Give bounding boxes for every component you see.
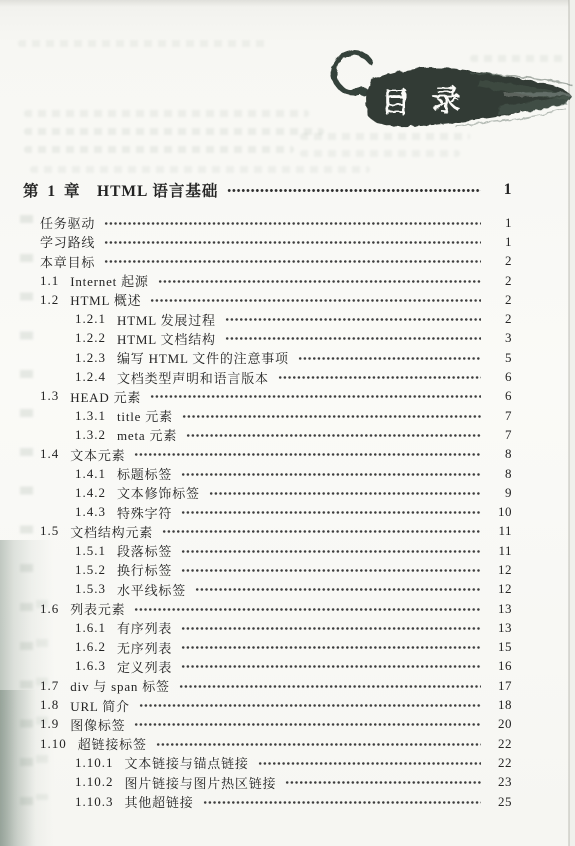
- toc-entry-number: 1.5.3: [75, 581, 106, 597]
- toc-entry-number: 1.6: [40, 601, 59, 617]
- dot-leader: [181, 626, 481, 631]
- toc-entry: 1.2HTML 概述2: [23, 290, 512, 309]
- dot-leader: [150, 394, 481, 399]
- toc-entry-number: 1.6.3: [75, 658, 106, 674]
- toc-entry-number: 1.4.2: [75, 485, 106, 501]
- toc-entry-label: Internet 起源: [70, 271, 148, 290]
- toc-entry-label: 特殊字符: [117, 503, 172, 522]
- toc-entry: 1.6.2无序列表15: [23, 638, 512, 657]
- dot-leader: [104, 259, 481, 264]
- toc-entry-label: 图片链接与图片热区链接: [125, 773, 277, 792]
- toc-entry-number: 1.8: [40, 697, 59, 713]
- dot-leader: [203, 800, 481, 805]
- toc-entry: 1.5文档结构元素11: [23, 522, 512, 541]
- page-number: 2: [488, 292, 512, 308]
- toc-entry-number: 1.1: [40, 273, 59, 289]
- toc-entry-label: 编写 HTML 文件的注意事项: [117, 348, 289, 367]
- page-number: 1: [488, 234, 512, 250]
- dot-leader: [285, 780, 481, 785]
- toc-entry-label: div 与 span 标签: [70, 676, 170, 695]
- toc-entry-label: 无序列表: [117, 638, 172, 657]
- toc-entry: 1.2.1HTML 发展过程2: [23, 309, 512, 328]
- toc-entry-label: 文本元素: [70, 445, 125, 464]
- dot-leader: [179, 684, 481, 689]
- toc-entry-number: 1.2.3: [75, 350, 106, 366]
- toc-entry-number: 1.6.1: [75, 620, 106, 636]
- page-number: 6: [488, 388, 512, 404]
- toc-entry-number: 1.10: [40, 736, 67, 752]
- chapter-number: 第 1 章: [23, 179, 82, 201]
- toc-entry-label: 列表元素: [70, 599, 125, 618]
- dot-leader: [182, 414, 481, 419]
- toc-entry: 1.10.2图片链接与图片热区链接23: [23, 773, 512, 792]
- page-number: 16: [488, 658, 512, 674]
- toc-entry-number: 1.2.1: [75, 311, 106, 327]
- toc-entry-number: 1.3.2: [75, 427, 106, 443]
- toc-entry-number: 1.6.2: [75, 639, 106, 655]
- toc-entry-label: HEAD 元素: [70, 387, 141, 406]
- toc-entry-label: 水平线标签: [117, 580, 186, 599]
- toc-entry-number: 1.2.2: [75, 330, 106, 346]
- toc-entry: 1.2.2HTML 文档结构3: [23, 329, 512, 348]
- toc-entry-label: 定义列表: [117, 657, 172, 676]
- dot-leader: [181, 510, 481, 515]
- toc-entry-number: 1.5.1: [75, 543, 106, 559]
- dot-leader: [186, 433, 481, 438]
- dot-leader: [181, 472, 481, 477]
- toc-entry-label: 文档类型声明和语言版本: [117, 368, 269, 387]
- toc-list: 任务驱动1学习路线1本章目标21.1Internet 起源21.2HTML 概述…: [23, 213, 512, 811]
- toc-entry-label: 图像标签: [70, 715, 125, 734]
- toc-entry-label: HTML 发展过程: [117, 310, 216, 329]
- dot-leader: [298, 356, 481, 361]
- dot-leader: [150, 298, 481, 303]
- toc-entry-label: title 元素: [117, 406, 173, 425]
- toc-header-brush-art: 目 录: [0, 0, 575, 170]
- toc-entry-number: 1.9: [40, 716, 59, 732]
- page-number: 7: [488, 427, 512, 443]
- toc-entry: 本章目标2: [23, 252, 512, 271]
- dot-leader: [104, 221, 481, 226]
- page-number: 11: [488, 543, 512, 559]
- header-title-char-2: 录: [432, 84, 461, 117]
- page-number: 22: [488, 736, 512, 752]
- toc-entry: 1.9图像标签20: [23, 715, 512, 734]
- toc-entry: 1.4.3特殊字符10: [23, 502, 512, 521]
- toc-entry-number: 1.7: [40, 678, 59, 694]
- toc-entry: 1.3HEAD 元素6: [23, 387, 512, 406]
- page-number: 25: [488, 794, 512, 810]
- toc-entry-label: 换行标签: [117, 560, 172, 579]
- toc-entry-number: 1.4: [40, 446, 59, 462]
- toc-entry: 1.3.2meta 元素7: [23, 425, 512, 444]
- page-number: 15: [488, 639, 512, 655]
- toc-entry-label: 有序列表: [117, 618, 172, 637]
- toc-entry: 1.8URL 简介18: [23, 695, 512, 714]
- page-number: 2: [488, 273, 512, 289]
- toc-entry-number: 1.5.2: [75, 562, 106, 578]
- toc-entry: 1.4文本元素8: [23, 445, 512, 464]
- dot-leader: [181, 645, 481, 650]
- dot-leader: [181, 568, 481, 573]
- toc-entry: 1.4.2文本修饰标签9: [23, 483, 512, 502]
- toc-entry-label: URL 简介: [70, 696, 130, 715]
- dot-leader: [209, 491, 481, 496]
- toc-entry-label: 文本链接与锚点链接: [125, 753, 249, 772]
- chapter-title: HTML 语言基础: [97, 179, 218, 201]
- scanned-book-page: 目 录 第 1 章 HTML 语言基础 1 任务驱动1学习路线1本章目标21.1…: [0, 0, 575, 846]
- page-number: 17: [488, 678, 512, 694]
- page-number: 23: [488, 774, 512, 790]
- dot-leader: [134, 607, 481, 612]
- dot-leader: [158, 279, 481, 284]
- page-number: 7: [488, 408, 512, 424]
- toc-entry: 1.10.1文本链接与锚点链接22: [23, 753, 512, 772]
- toc-entry: 1.5.3水平线标签12: [23, 580, 512, 599]
- dot-leader: [104, 240, 481, 245]
- toc-entry-number: 1.3.1: [75, 408, 106, 424]
- toc-entry-number: 1.2.4: [75, 369, 106, 385]
- toc-entry-label: 标题标签: [117, 464, 172, 483]
- toc-entry: 1.2.4文档类型声明和语言版本6: [23, 367, 512, 386]
- toc-entry: 1.1Internet 起源2: [23, 271, 512, 290]
- page-number: 12: [488, 581, 512, 597]
- toc-entry-number: 1.10.1: [75, 755, 114, 771]
- toc-entry-number: 1.4.3: [75, 504, 106, 520]
- toc-entry-label: 本章目标: [40, 252, 95, 271]
- toc-entry: 1.6列表元素13: [23, 599, 512, 618]
- toc-entry: 1.4.1标题标签8: [23, 464, 512, 483]
- toc-entry-label: 文档结构元素: [70, 522, 153, 541]
- dot-leader: [225, 336, 481, 341]
- toc-chapter-row: 第 1 章 HTML 语言基础 1: [23, 178, 512, 202]
- toc-entry: 1.5.1段落标签11: [23, 541, 512, 560]
- table-of-contents: 第 1 章 HTML 语言基础 1 任务驱动1学习路线1本章目标21.1Inte…: [23, 178, 512, 811]
- dot-leader: [258, 761, 481, 766]
- toc-entry: 1.6.1有序列表13: [23, 618, 512, 637]
- toc-entry: 1.7div 与 span 标签17: [23, 676, 512, 695]
- toc-entry-label: 文本修饰标签: [117, 483, 200, 502]
- page-number: 3: [488, 330, 512, 346]
- toc-entry-number: 1.2: [40, 292, 59, 308]
- toc-entry-label: 超链接标签: [78, 734, 147, 753]
- page-number: 13: [488, 601, 512, 617]
- toc-entry-number: 1.10.2: [75, 774, 114, 790]
- dot-leader: [227, 188, 481, 193]
- toc-entry-label: 段落标签: [117, 541, 172, 560]
- brush-ring-icon: [334, 53, 370, 97]
- dot-leader: [278, 375, 481, 380]
- page-number: 8: [488, 466, 512, 482]
- dot-leader: [134, 452, 481, 457]
- page-number: 18: [488, 697, 512, 713]
- page-number: 1: [488, 215, 512, 231]
- toc-entry: 学习路线1: [23, 232, 512, 251]
- dot-leader: [156, 742, 481, 747]
- page-number: 22: [488, 755, 512, 771]
- toc-entry-number: 1.4.1: [75, 466, 106, 482]
- toc-entry-label: 学习路线: [40, 232, 95, 251]
- toc-entry: 1.6.3定义列表16: [23, 657, 512, 676]
- page-number: 10: [488, 504, 512, 520]
- dot-leader: [181, 664, 481, 669]
- toc-entry-label: 任务驱动: [40, 213, 95, 232]
- dot-leader: [225, 317, 481, 322]
- page-number: 13: [488, 620, 512, 636]
- toc-entry: 1.2.3编写 HTML 文件的注意事项5: [23, 348, 512, 367]
- dot-leader: [134, 722, 481, 727]
- toc-entry: 1.10.3其他超链接25: [23, 792, 512, 811]
- toc-entry: 1.10超链接标签22: [23, 734, 512, 753]
- page-number: 6: [488, 369, 512, 385]
- page-number: 8: [488, 446, 512, 462]
- dot-leader: [181, 549, 481, 554]
- toc-entry-number: 1.10.3: [75, 794, 114, 810]
- page-number: 9: [488, 485, 512, 501]
- dot-leader: [162, 529, 481, 534]
- toc-entry: 1.5.2换行标签12: [23, 560, 512, 579]
- page-number: 20: [488, 716, 512, 732]
- toc-entry-label: meta 元素: [117, 425, 177, 444]
- page-number: 2: [488, 253, 512, 269]
- dot-leader: [195, 587, 481, 592]
- dot-leader: [139, 703, 481, 708]
- toc-entry: 1.3.1title 元素7: [23, 406, 512, 425]
- toc-entry-number: 1.5: [40, 523, 59, 539]
- page-number: 12: [488, 562, 512, 578]
- toc-entry-label: HTML 概述: [70, 290, 141, 309]
- page-number: 1: [488, 181, 512, 199]
- page-number: 5: [488, 350, 512, 366]
- toc-entry: 任务驱动1: [23, 213, 512, 232]
- toc-entry-label: 其他超链接: [125, 792, 194, 811]
- page-number: 11: [488, 523, 512, 539]
- page-number: 2: [488, 311, 512, 327]
- toc-entry-label: HTML 文档结构: [117, 329, 216, 348]
- toc-entry-number: 1.3: [40, 388, 59, 404]
- header-title-char-1: 目: [381, 87, 410, 119]
